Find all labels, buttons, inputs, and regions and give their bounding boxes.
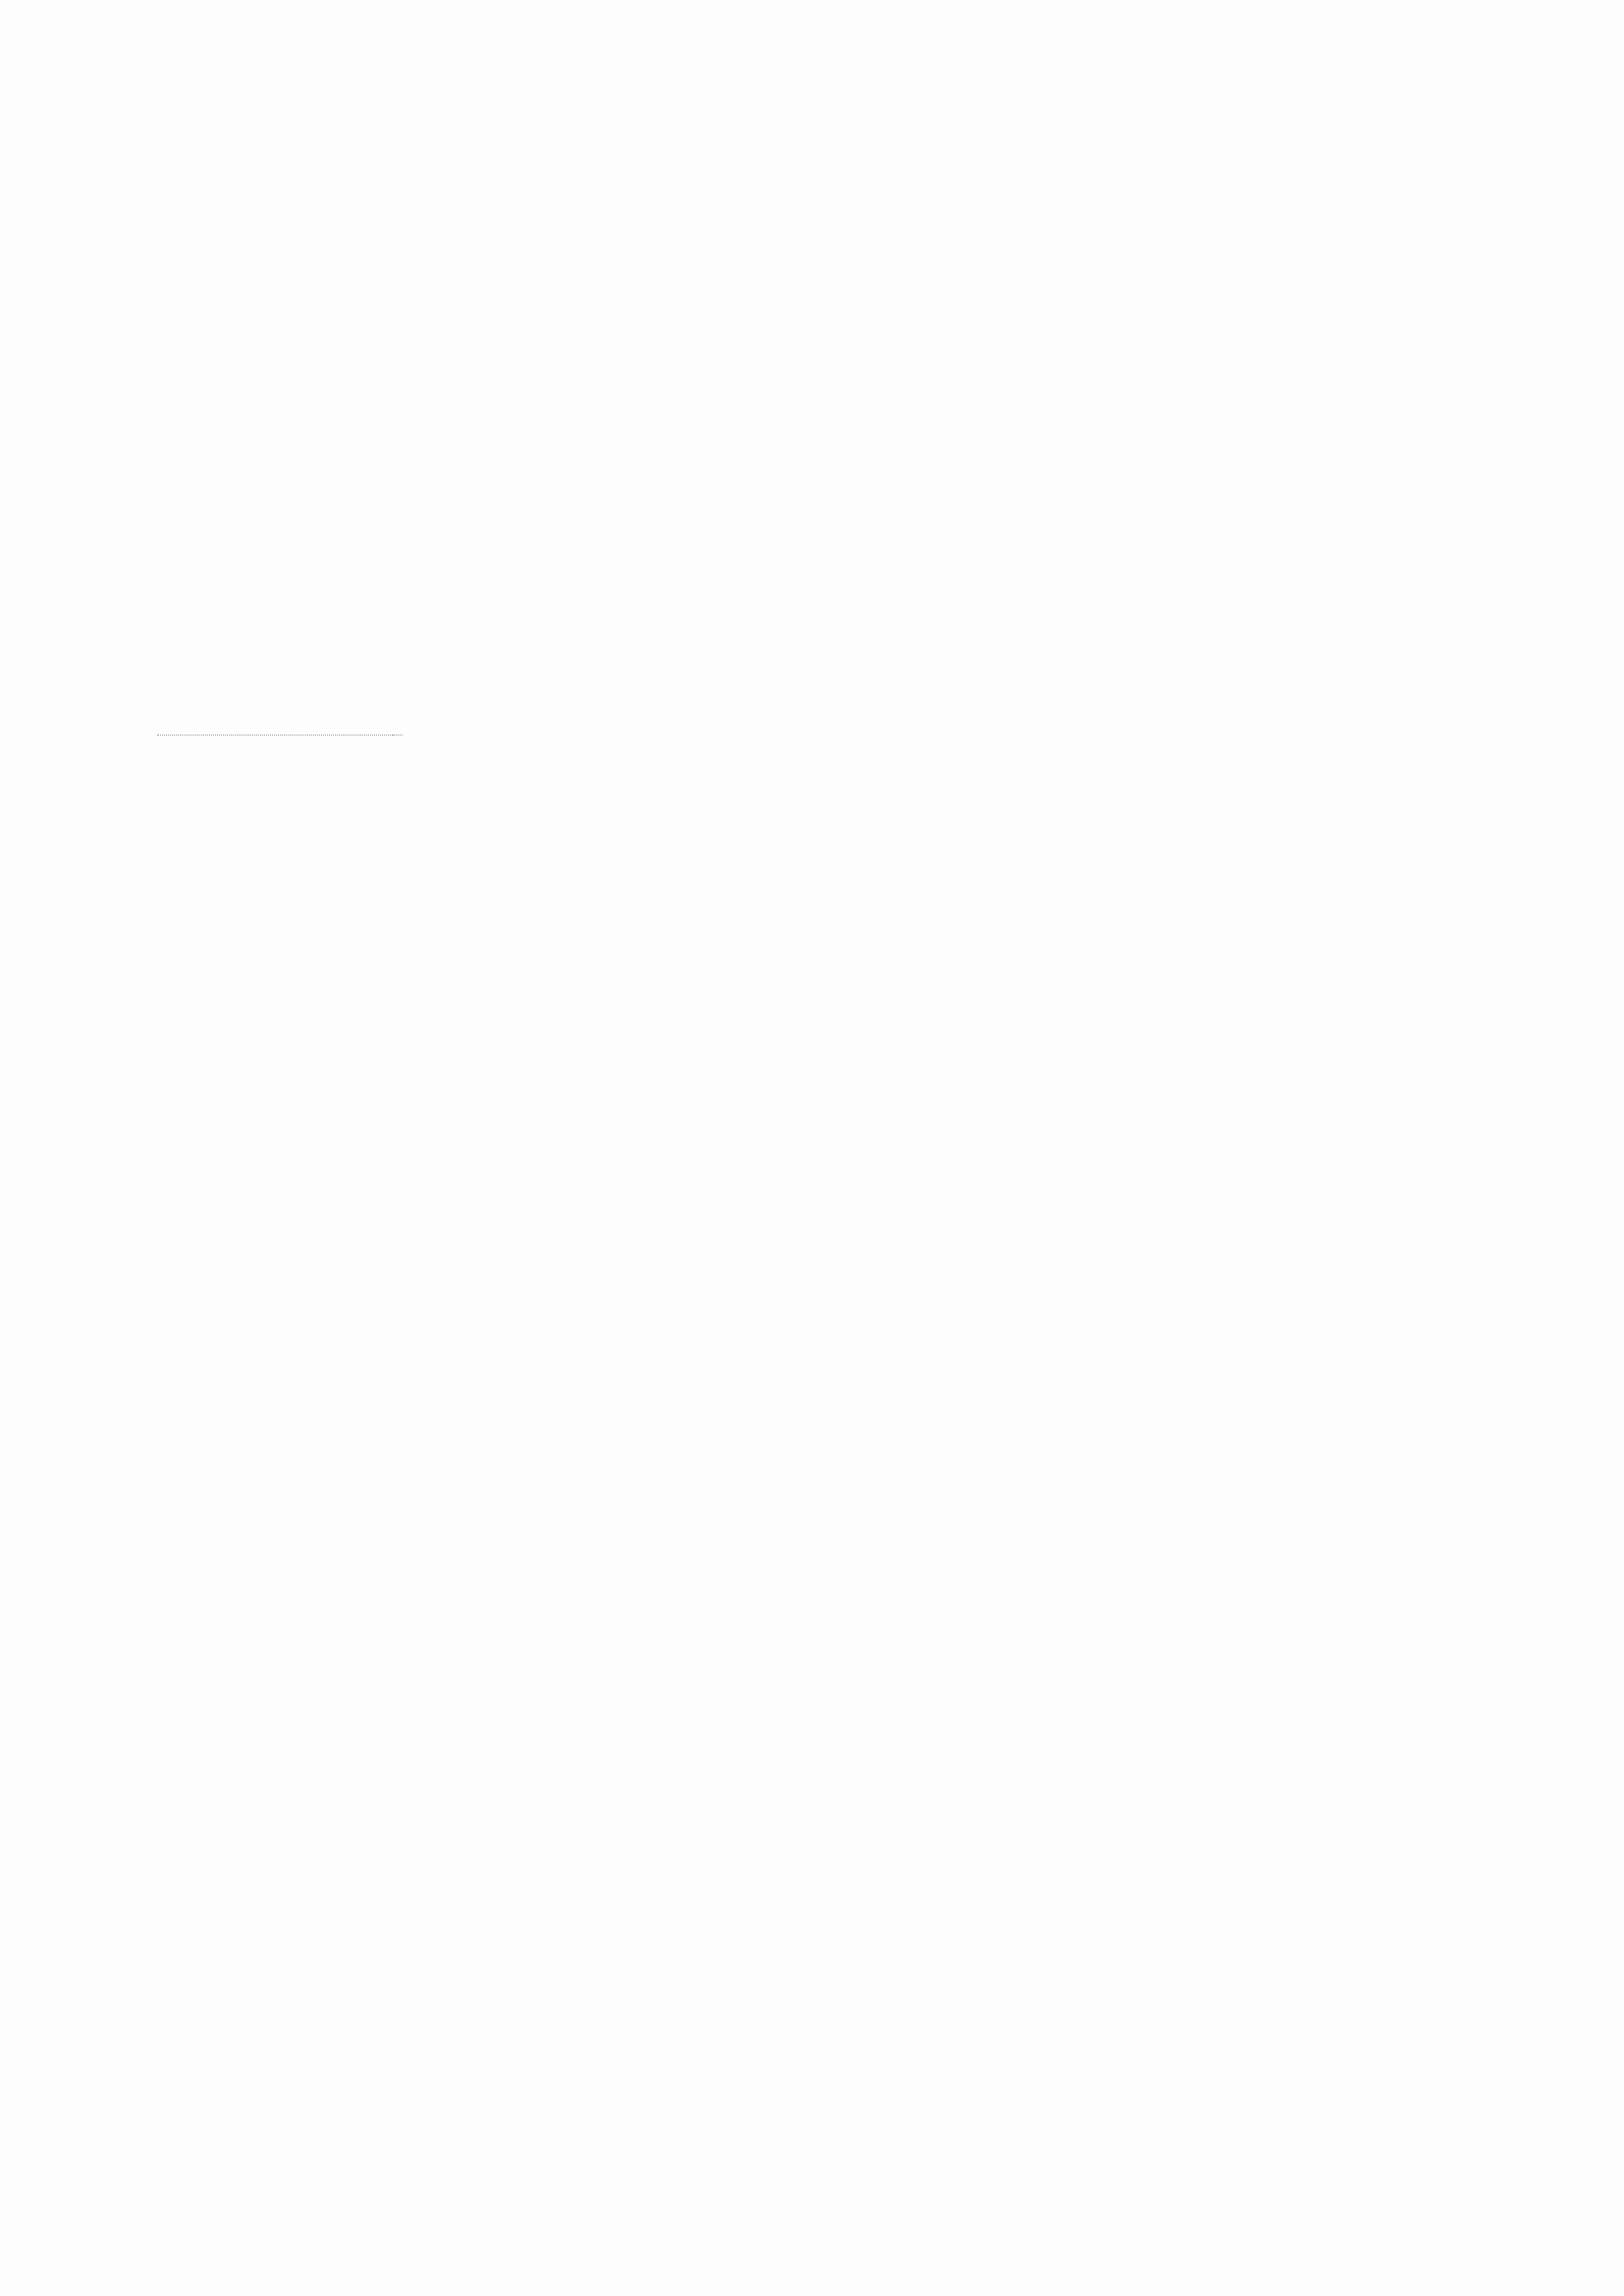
date-dotted-line xyxy=(157,735,403,736)
letter-page xyxy=(0,0,1624,2296)
separator-dotted-line xyxy=(393,735,401,736)
